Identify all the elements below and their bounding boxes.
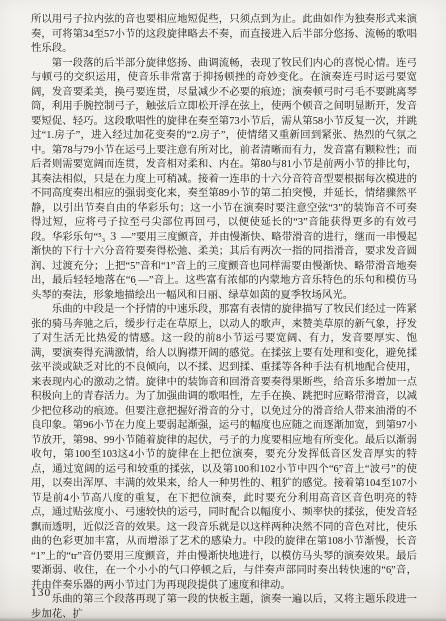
paragraph: 乐曲的中段是一个抒情的中速乐段，那富有表情的旋律描写了牧民们经过一阵紧张的骑马奔… [31, 303, 417, 593]
page-text: 所以用弓子拉内弦的音也要相应地短促些，只须点到为止。此曲如作为独奏形式来演奏，可… [31, 13, 417, 621]
scanned-book-page: 所以用弓子拉内弦的音也要相应地短促些，只须点到为止。此曲如作为独奏形式来演奏，可… [0, 0, 446, 621]
paragraph: 所以用弓子拉内弦的音也要相应地短促些，只须点到为止。此曲如作为独奏形式来演奏，可… [31, 13, 417, 57]
paragraph: 第一段落的后半部分旋律悠扬、曲调流畅，表现了牧民们内心的喜悦心情。连弓与顿弓的交… [31, 57, 417, 304]
page-number: 130 [31, 587, 51, 599]
scan-bottom-edge-shadow [0, 617, 446, 621]
